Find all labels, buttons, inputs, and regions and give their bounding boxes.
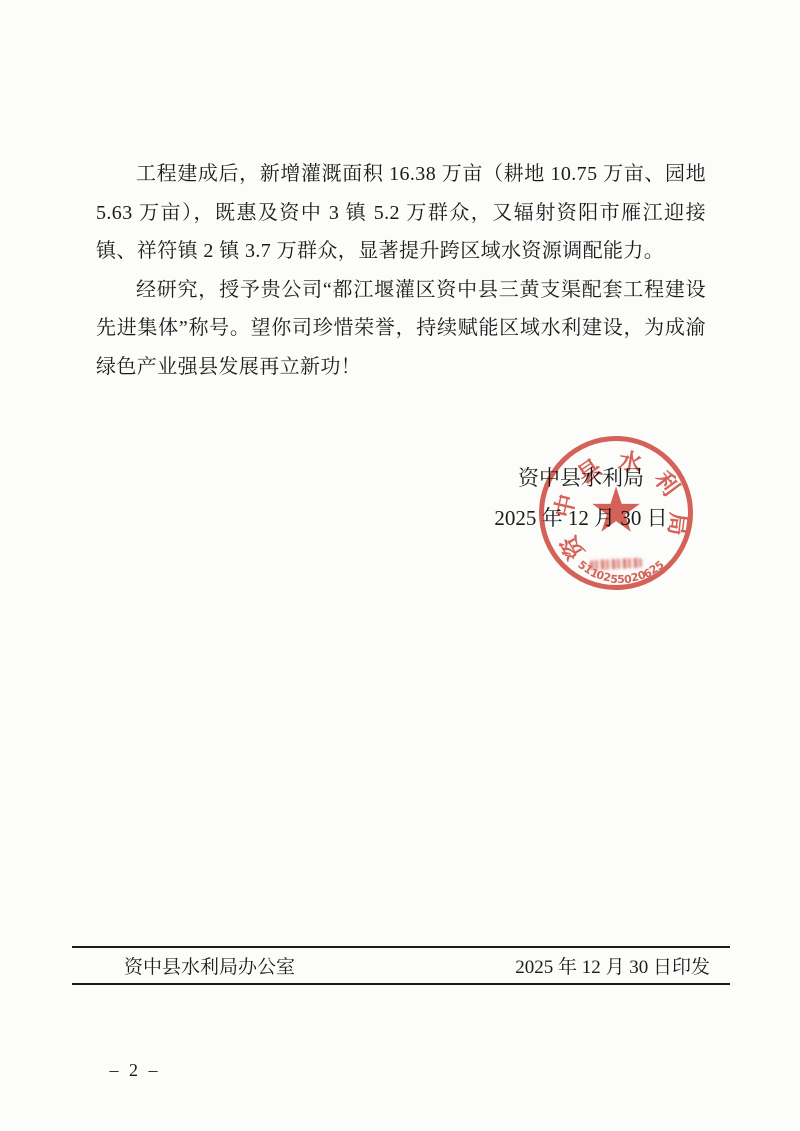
seal-star-icon: ★ <box>588 480 644 542</box>
footer-print-date: 2025 年 12 月 30 日印发 <box>515 952 710 979</box>
official-seal: ★ 资中县水利局 5110255020625 <box>539 436 693 590</box>
seal-arc-char: 水 <box>615 448 645 478</box>
document-body: 工程建成后，新增灌溉面积 16.38 万亩（耕地 10.75 万亩、园地 5.6… <box>96 155 706 387</box>
page-number: – 2 – <box>100 1060 170 1081</box>
seal-arc-char: 局 <box>662 510 691 539</box>
body-paragraph-1: 工程建成后，新增灌溉面积 16.38 万亩（耕地 10.75 万亩、园地 5.6… <box>96 155 706 271</box>
document-page: 工程建成后，新增灌溉面积 16.38 万亩（耕地 10.75 万亩、园地 5.6… <box>0 0 800 1131</box>
footer-record-block: 资中县水利局办公室 2025 年 12 月 30 日印发 <box>72 946 730 985</box>
seal-arc-char: 利 <box>648 466 684 502</box>
body-paragraph-2: 经研究，授予贵公司“都江堰灌区资中县三黄支渠配套工程建设先进集体”称号。望你司珍… <box>96 271 706 387</box>
seal-code-smudge <box>590 558 642 571</box>
seal-arc-char: 中 <box>551 490 582 521</box>
footer-rule-bottom <box>72 983 730 985</box>
footer-issuer: 资中县水利局办公室 <box>124 952 295 979</box>
